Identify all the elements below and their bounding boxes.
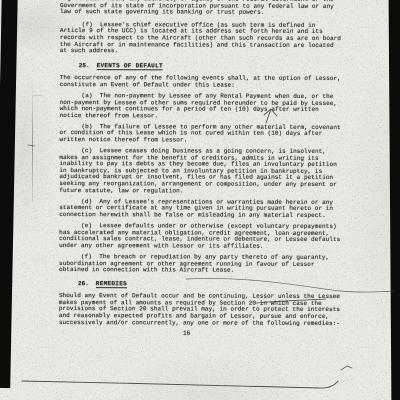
section-26-title: REMEDIES [96, 280, 127, 289]
clause-e-cross-default: (e) Lessee defaults under or otherwise (… [59, 223, 385, 251]
page-number: 16 [183, 330, 190, 337]
scan-edge-left-bar [0, 0, 18, 388]
section-25-intro: The occurrence of any of the following e… [60, 75, 386, 89]
scanned-document-page: registration with, any authority or agen… [0, 0, 400, 400]
clause-a-nonpayment: (a) The non-payment by Lessee of any Ren… [60, 93, 386, 121]
margin-pencil-scribble [34, 95, 42, 96]
clause-f-chief-executive-office: (f) Lessee's chief executive office (as … [60, 22, 386, 56]
section-26-number: 26. [78, 280, 89, 287]
document-text-column: registration with, any authority or agen… [59, 0, 386, 332]
scan-edge-right-bar [389, 0, 400, 400]
paper-fold-crease [32, 78, 33, 203]
pen-bottom-long-line [22, 381, 338, 388]
section-25-heading: 25.EVENTS OF DEFAULT [60, 62, 386, 72]
section-26-body: Should any Event of Default occur and be… [59, 293, 385, 327]
clause-b-failure-to-perform: (b) The failure of Lessee to perform any… [59, 124, 385, 145]
section-25-title: EVENTS OF DEFAULT [97, 62, 163, 71]
section-25-number: 25. [79, 62, 90, 69]
pen-small-check-mark [341, 366, 352, 370]
clause-f-guaranty-breach: (f) The breach or repudiation by any par… [59, 254, 385, 275]
section-26-heading: 26.REMEDIES [59, 280, 385, 290]
clause-c-insolvency: (c) Lessee ceases doing business as a go… [59, 148, 385, 195]
margin-pencil-smudge [28, 145, 34, 146]
paragraph-banking-powers-fragment: registration with, any authority or agen… [60, 0, 386, 17]
clause-d-false-representations: (d) Any of Lessee's representations or w… [59, 199, 385, 220]
